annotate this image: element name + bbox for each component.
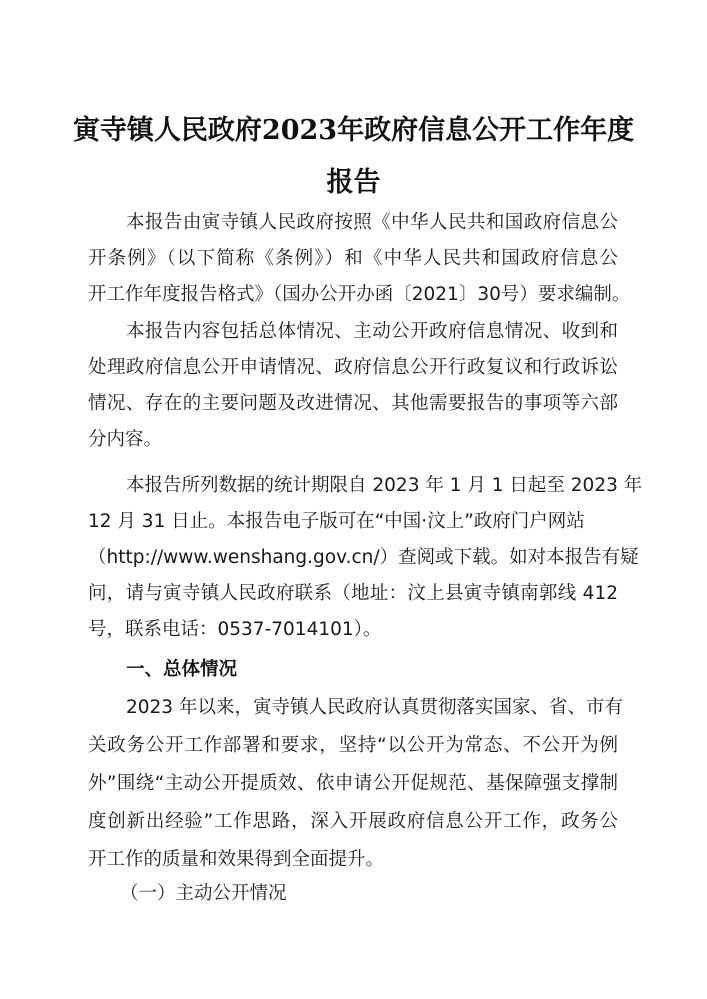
paragraph-3-line-1: 本报告所列数据的统计期限自 2023 年 1 月 1 日起至 2023 年 bbox=[126, 474, 618, 498]
section-1-line-1: 2023 年以来，寅寺镇人民政府认真贯彻落实国家、省、市有 bbox=[126, 696, 618, 720]
paragraph-3-line-5: 号，联系电话：0537-7014101）。 bbox=[88, 618, 618, 642]
paragraph-2-line-2: 处理政府信息公开申请情况、政府信息公开行政复议和行政诉讼 bbox=[88, 356, 618, 380]
paragraph-2-line-4: 分内容。 bbox=[88, 428, 618, 452]
section-1-line-4: 度创新出经验”工作思路，深入开展政府信息公开工作，政务公 bbox=[88, 810, 618, 834]
section-1-line-5: 开工作的质量和效果得到全面提升。 bbox=[88, 848, 618, 872]
document-title-line-1: 寅寺镇人民政府2023年政府信息公开工作年度 bbox=[0, 108, 707, 147]
paragraph-3-line-3: （http://www.wenshang.gov.cn/）查阅或下载。如对本报告… bbox=[88, 546, 618, 570]
paragraph-3-line-4: 问，请与寅寺镇人民政府联系（地址：汶上县寅寺镇南郭线 412 bbox=[88, 582, 618, 606]
document-page: 寅寺镇人民政府2023年政府信息公开工作年度 报告 本报告由寅寺镇人民政府按照《… bbox=[0, 0, 707, 999]
document-title-line-2: 报告 bbox=[0, 160, 707, 199]
paragraph-3-line-2: 12 月 31 日止。本报告电子版可在“中国·汶上”政府门户网站 bbox=[88, 510, 618, 534]
paragraph-2-line-3: 情况、存在的主要问题及改进情况、其他需要报告的事项等六部 bbox=[88, 392, 618, 416]
subsection-heading-proactive-disclosure: （一）主动公开情况 bbox=[120, 882, 287, 906]
section-heading-overview: 一、总体情况 bbox=[126, 658, 237, 682]
paragraph-1-line-3: 开工作年度报告格式》（国办公开办函〔2021〕30号）要求编制。 bbox=[88, 283, 618, 307]
paragraph-1-line-2: 开条例》（以下简称《条例》）和《中华人民共和国政府信息公 bbox=[88, 247, 618, 271]
paragraph-1-line-1: 本报告由寅寺镇人民政府按照《中华人民共和国政府信息公 bbox=[126, 211, 618, 235]
section-1-line-3: 外”围绕“主动公开提质效、依申请公开促规范、基保障强支撑制 bbox=[88, 772, 618, 796]
section-1-line-2: 关政务公开工作部署和要求，坚持“以公开为常态、不公开为例 bbox=[88, 734, 618, 758]
paragraph-2-line-1: 本报告内容包括总体情况、主动公开政府信息情况、收到和 bbox=[126, 320, 618, 344]
